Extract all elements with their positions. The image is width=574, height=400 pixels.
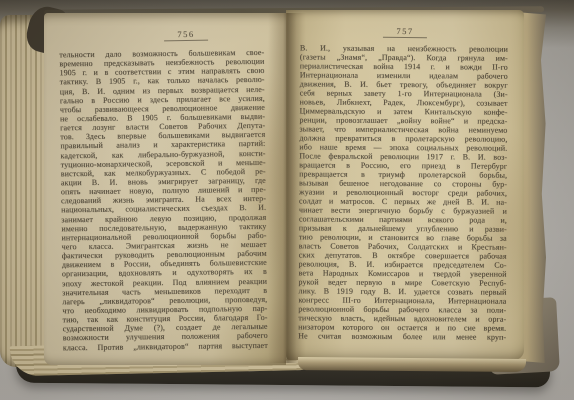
right-page: 757 В. И., указывая на неизбежность рево… xyxy=(286,10,524,360)
left-page: 756 тельности дало возможность большевик… xyxy=(44,13,286,365)
text-line: класса. Против „ликвидаторов“ партия выс… xyxy=(63,340,268,352)
text-line: Не считая возможным более или менее круп… xyxy=(298,331,506,341)
book: 756 тельности дало возможность большевик… xyxy=(0,5,560,391)
left-page-text: тельности дало возможность большевикам с… xyxy=(59,48,268,352)
book-photo: 756 тельности дало возможность большевик… xyxy=(0,0,574,400)
right-page-text: В. И., указывая на неизбежность революци… xyxy=(298,43,508,341)
right-page-number: 757 xyxy=(383,26,427,38)
left-page-number: 756 xyxy=(164,29,208,42)
